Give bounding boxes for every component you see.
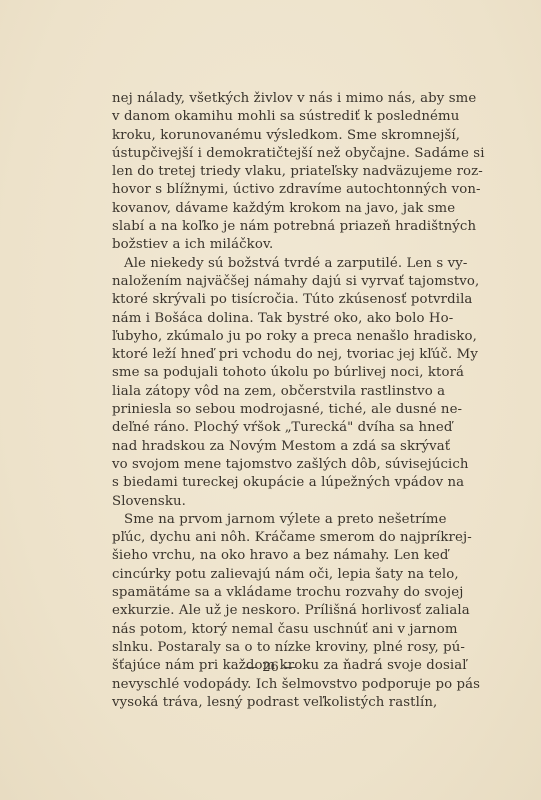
text-line: slabí a na koľko je nám potrebná priazeň… [112, 218, 430, 236]
text-line: cincúrky potu zalievajú nám oči, lepia š… [112, 566, 430, 584]
text-line: nej nálady, všetkých živlov v nás i mimo… [112, 90, 430, 108]
text-line: nás potom, ktorý nemal času uschnúť ani … [112, 621, 430, 639]
text-line: ústupčivejší i demokratičtejší než obyča… [112, 145, 430, 163]
text-line: ktoré leží hneď pri vchodu do nej, tvori… [112, 346, 430, 364]
paragraph: Ale niekedy sú božstvá tvrdé a zarputilé… [112, 255, 430, 511]
page-number: — 26 — [0, 660, 541, 675]
text-line: v danom okamihu mohli sa sústrediť k pos… [112, 108, 430, 126]
text-line: naložením najväčšej námahy dajú si vyrva… [112, 273, 430, 291]
text-line: nad hradskou za Novým Mestom a zdá sa sk… [112, 438, 430, 456]
text-line: Slovensku. [112, 493, 430, 511]
text-line: hovor s blížnymi, úctivo zdravíme autoch… [112, 181, 430, 199]
text-line: vysoká tráva, lesný podrast veľkolistých… [112, 694, 430, 712]
text-line: deľné ráno. Plochý vŕšok „Turecká" dvíha… [112, 419, 430, 437]
text-line: liala zátopy vôd na zem, občerstvila ras… [112, 383, 430, 401]
text-line: ľubyho, zkúmalo ju po roky a preca nenaš… [112, 328, 430, 346]
text-line: vo svojom mene tajomstvo zašlých dôb, sú… [112, 456, 430, 474]
text-line: priniesla so sebou modrojasné, tiché, al… [112, 401, 430, 419]
paragraph: Sme na prvom jarnom výlete a preto nešet… [112, 511, 430, 712]
text-line: Sme na prvom jarnom výlete a preto nešet… [112, 511, 430, 529]
text-line: Ale niekedy sú božstvá tvrdé a zarputilé… [112, 255, 430, 273]
book-page: nej nálady, všetkých živlov v nás i mimo… [0, 0, 541, 800]
text-line: nám i Bošáca dolina. Tak bystré oko, ako… [112, 310, 430, 328]
text-line: nevyschlé vodopády. Ich šelmovstvo podpo… [112, 676, 430, 694]
text-line: božstiev a ich miláčkov. [112, 236, 430, 254]
text-line: ktoré skrývali po tisícročia. Túto zkúse… [112, 291, 430, 309]
text-line: s biedami tureckej okupácie a lúpežných … [112, 474, 430, 492]
text-line: pľúc, dychu ani nôh. Kráčame smerom do n… [112, 529, 430, 547]
text-line: šieho vrchu, na oko hravo a bez námahy. … [112, 547, 430, 565]
text-line: len do tretej triedy vlaku, priateľsky n… [112, 163, 430, 181]
text-line: spamätáme sa a vkládame trochu rozvahy d… [112, 584, 430, 602]
text-line: exkurzie. Ale už je neskoro. Prílišná ho… [112, 602, 430, 620]
text-line: slnku. Postaraly sa o to nízke kroviny, … [112, 639, 430, 657]
body-text: nej nálady, všetkých živlov v nás i mimo… [112, 90, 430, 712]
text-line: kroku, korunovanému výsledkom. Sme skrom… [112, 127, 430, 145]
paragraph: nej nálady, všetkých živlov v nás i mimo… [112, 90, 430, 255]
text-line: sme sa podujali tohoto úkolu po búrlivej… [112, 364, 430, 382]
text-line: kovanov, dávame každým krokom na javo, j… [112, 200, 430, 218]
